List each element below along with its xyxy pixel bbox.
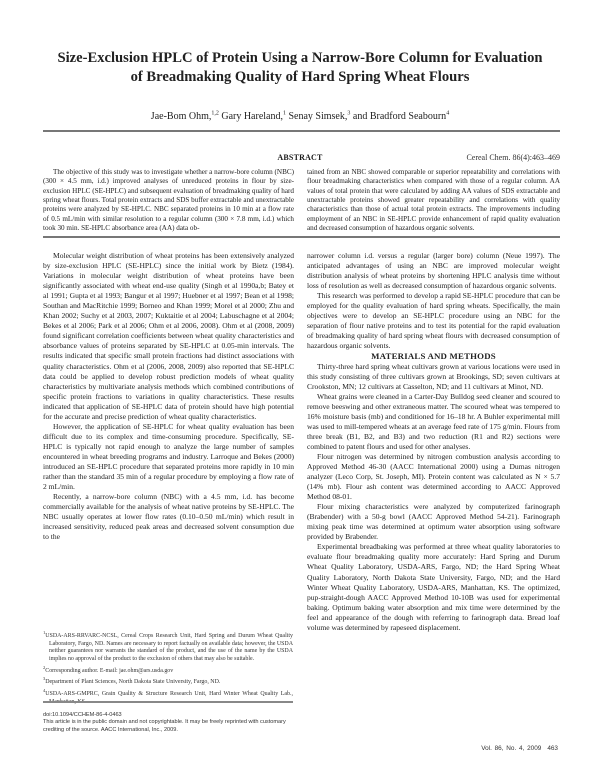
doi-block: doi:10.1094/CCHEM-86-4-0463 This article… <box>43 712 293 734</box>
abstract-text-left: The objective of this study was to inves… <box>43 168 294 233</box>
methods-paragraph: Flour mixing characteristics were analyz… <box>307 502 560 542</box>
title-line-1: Size-Exclusion HPLC of Protein Using a N… <box>0 49 600 68</box>
body-paragraph: This research was performed to develop a… <box>307 291 560 351</box>
page-footer: Vol. 86, No. 4, 2009463 <box>481 745 558 752</box>
footnote: 4USDA-ARS-GMPRC, Grain Quality & Structu… <box>43 687 293 706</box>
body-right-column: narrower column i.d. versus a regular (l… <box>307 251 560 633</box>
footnote: 2Corresponding author. E-mail: jae.ohm@a… <box>43 664 293 676</box>
footnote: 1USDA-ARS-RRVARC-NCSL, Cereal Crops Rese… <box>43 629 293 664</box>
volume-info: Vol. 86, No. 4, 2009 <box>481 745 541 752</box>
author: Gary Hareland,1 <box>221 111 286 122</box>
body-left-column: Molecular weight distribution of wheat p… <box>43 251 294 542</box>
methods-paragraph: Flour nitrogen was determined by nitroge… <box>307 452 560 502</box>
abstract-text-right: tained from an NBC showed comparable or … <box>307 168 560 233</box>
author: Senay Simsek,3 <box>288 111 350 122</box>
body-paragraph: Recently, a narrow-bore column (NBC) wit… <box>43 492 294 542</box>
methods-paragraph: Experimental breadbaking was performed a… <box>307 542 560 632</box>
footnotes: 1USDA-ARS-RRVARC-NCSL, Cereal Crops Rese… <box>43 629 293 707</box>
journal-citation: Cereal Chem. 86(4):463–469 <box>466 153 560 162</box>
abstract-divider <box>43 236 560 238</box>
copyright-notice: This article is in the public domain and… <box>43 719 293 734</box>
footnote: 3Department of Plant Sciences, North Dak… <box>43 675 293 687</box>
author: and Bradford Seabourn4 <box>353 111 449 122</box>
section-heading-materials-methods: MATERIALS AND METHODS <box>307 351 560 361</box>
footnote-divider <box>43 701 293 703</box>
methods-paragraph: Wheat grains were cleaned in a Carter-Da… <box>307 392 560 452</box>
page-number: 463 <box>547 745 558 752</box>
body-paragraph: Molecular weight distribution of wheat p… <box>43 251 294 422</box>
body-paragraph: However, the application of SE-HPLC for … <box>43 422 294 492</box>
abstract-left-column: The objective of this study was to inves… <box>43 168 294 233</box>
methods-paragraph: Thirty-three hard spring wheat cultivars… <box>307 362 560 392</box>
author: Jae-Bom Ohm,1,2 <box>151 111 219 122</box>
body-paragraph: narrower column i.d. versus a regular (l… <box>307 251 560 291</box>
doi-link[interactable]: doi:10.1094/CCHEM-86-4-0463 <box>43 712 293 719</box>
title-line-2: of Breadmaking Quality of Hard Spring Wh… <box>0 68 600 87</box>
paper-title: Size-Exclusion HPLC of Protein Using a N… <box>0 49 600 87</box>
header-divider <box>43 130 560 132</box>
abstract-right-column: tained from an NBC showed comparable or … <box>307 168 560 233</box>
author-list: Jae-Bom Ohm,1,2 Gary Hareland,1 Senay Si… <box>0 108 600 123</box>
